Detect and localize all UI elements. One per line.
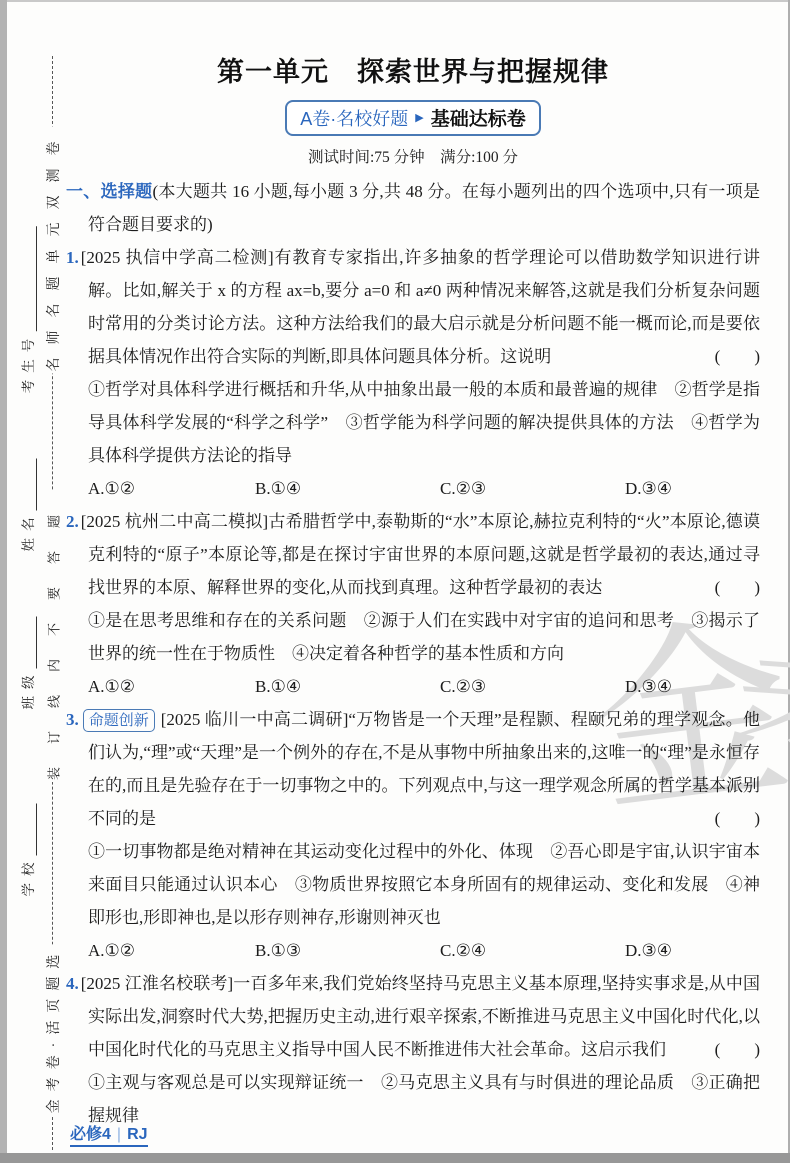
question-1-number: 1. [66,248,81,267]
question-3-stem: 3.命题创新[2025 临川一中高二调研]“万物皆是一个天理”是程颢、程颐兄弟的… [66,703,760,835]
choice-a: A.①② [88,472,255,505]
badge-arrow-icon: ▶ [415,111,423,124]
question-1-stem: 1.[2025 执信中学高二检测]有教育专家指出,许多抽象的哲学理论可以借助数学… [66,241,760,373]
footer-edition-label: RJ [127,1126,147,1143]
question-2-answer-bracket: ( ) [737,571,760,604]
test-time-score-line: 测试时间:75 分钟 满分:100 分 [66,145,760,167]
choice-d: D.③④ [625,670,760,703]
question-4-stem: 4.[2025 江淮名校联考]一百多年来,我们党始终坚持马克思主义基本原理,坚持… [66,967,760,1066]
question-2: 2.[2025 杭州二中高二模拟]古希腊哲学中,泰勒斯的“水”本原论,赫拉克利特… [66,505,760,703]
name-label: 姓名 [17,511,37,552]
page-footer: 必修4|RJ [70,1121,148,1147]
badge-level-text: 基础达标卷 [431,104,526,131]
question-4-items: ①主观与客观总是可以实现辩证统一 ②马克思主义具有与时俱进的理论品质 ③正确把握… [66,1066,760,1132]
section-heading: 一、选择题(本大题共 16 小题,每小题 3 分,共 48 分。在每小题列出的四… [66,175,760,241]
question-1-answer-bracket: ( ) [737,340,760,373]
question-1-choices: A.①② B.①④ C.②③ D.③④ [66,472,760,505]
question-1: 1.[2025 执信中学高二检测]有教育专家指出,许多抽象的哲学理论可以借助数学… [66,241,760,505]
question-4-stem-text: [2025 江淮名校联考]一百多年来,我们党始终坚持马克思主义基本原理,坚持实事… [81,974,760,1059]
class-label: 班级 [17,669,37,710]
question-1-stem-text: [2025 执信中学高二检测]有教育专家指出,许多抽象的哲学理论可以借助数学知识… [81,248,760,366]
student-id-blank-line [19,227,37,332]
question-3-number: 3. [66,710,81,729]
scan-edge-bottom [0,1153,790,1163]
scan-edge-left [0,0,7,1163]
question-4: 4.[2025 江淮名校联考]一百多年来,我们党始终坚持马克思主义基本原理,坚持… [66,967,760,1132]
question-2-stem-text: [2025 杭州二中高二模拟]古希腊哲学中,泰勒斯的“水”本原论,赫拉克利特的“… [81,512,760,597]
student-id-field: 考生号 [17,227,37,394]
school-blank-line [19,804,37,856]
question-2-stem: 2.[2025 杭州二中高二模拟]古希腊哲学中,泰勒斯的“水”本原论,赫拉克利特… [66,505,760,604]
school-field: 学校 [17,804,37,897]
choice-c: C.②④ [440,934,625,967]
question-4-answer-bracket: ( ) [737,1033,760,1066]
question-2-items: ①是在思考思维和存在的关系问题 ②源于人们在实践中对宇宙的追问和思考 ③揭示了世… [66,604,760,670]
question-2-number: 2. [66,512,81,531]
question-1-items: ①哲学对具体科学进行概括和升华,从中抽象出最一般的本质和最普遍的规律 ②哲学是指… [66,373,760,472]
choice-a: A.①② [88,670,255,703]
footer-book-label: 必修4 [70,1126,111,1143]
section-label: 一、选择题 [66,182,152,201]
unit-title: 第一单元 探索世界与把握规律 [66,50,760,89]
choice-b: B.①③ [255,934,440,967]
choice-b: B.①④ [255,472,440,505]
paper-content: 第一单元 探索世界与把握规律 A卷·名校好题 ▶ 基础达标卷 测试时间:75 分… [66,0,760,1132]
question-2-choices: A.①② B.①④ C.②③ D.③④ [66,670,760,703]
question-3-answer-bracket: ( ) [737,802,760,835]
paper-type-badge: A卷·名校好题 ▶ 基础达标卷 [285,100,540,136]
paper-type-badge-row: A卷·名校好题 ▶ 基础达标卷 [66,100,760,136]
exam-paper-page: 金 考 名师名题单元双测卷 装订线内不要答题 金考卷·活页题选 考生号 姓名 班… [0,0,790,1163]
student-id-label: 考生号 [17,332,37,394]
question-4-number: 4. [66,974,81,993]
name-blank-line [19,459,37,511]
choice-d: D.③④ [625,934,760,967]
name-field: 姓名 [17,459,37,552]
question-3-items: ①一切事物都是绝对精神在其运动变化过程中的外化、体现 ②吾心即是宇宙,认识宇宙本… [66,835,760,934]
choice-c: C.②③ [440,472,625,505]
badge-series-text: A卷·名校好题 [300,105,408,131]
class-field: 班级 [17,617,37,710]
choice-c: C.②③ [440,670,625,703]
choice-d: D.③④ [625,472,760,505]
question-3-stem-text: [2025 临川一中高二调研]“万物皆是一个天理”是程颢、程颐兄弟的理学观念。他… [88,710,760,828]
innovation-tag: 命题创新 [83,709,155,732]
footer-divider: | [111,1126,127,1143]
question-3: 3.命题创新[2025 临川一中高二调研]“万物皆是一个天理”是程颢、程颐兄弟的… [66,703,760,967]
question-3-choices: A.①② B.①③ C.②④ D.③④ [66,934,760,967]
choice-b: B.①④ [255,670,440,703]
class-blank-line [19,617,37,669]
school-label: 学校 [17,856,37,897]
choice-a: A.①② [88,934,255,967]
section-description: (本大题共 16 小题,每小题 3 分,共 48 分。在每小题列出的四个选项中,… [88,182,760,234]
